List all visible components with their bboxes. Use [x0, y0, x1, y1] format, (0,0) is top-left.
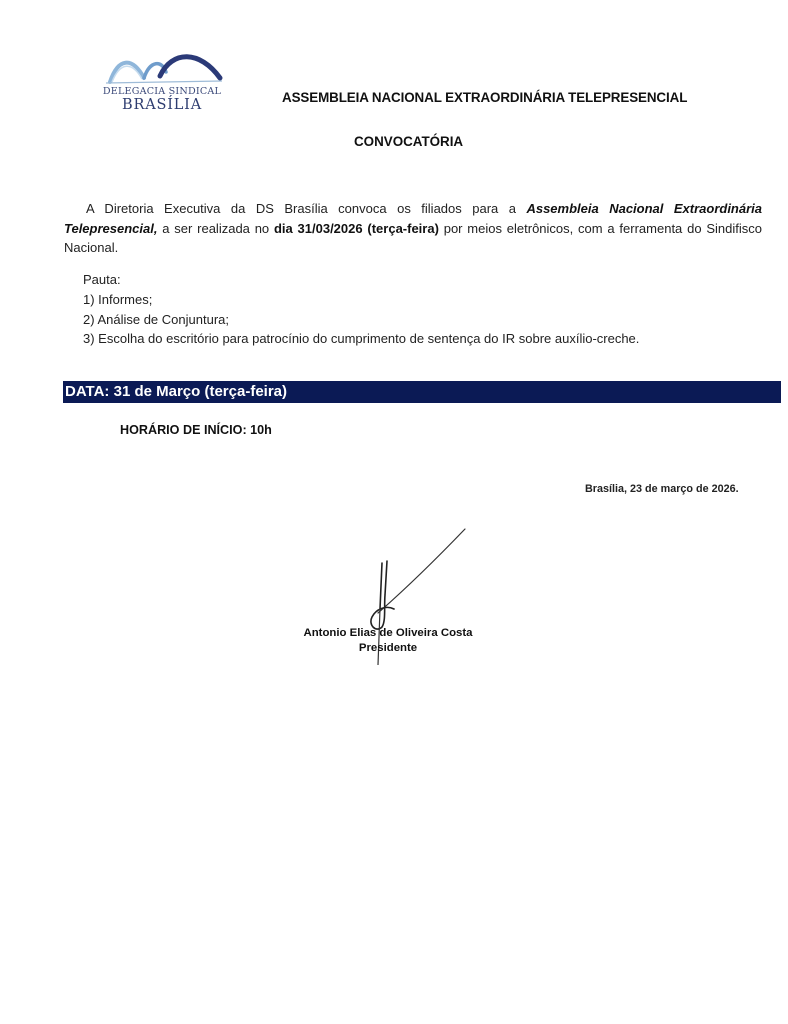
date-banner: DATA: 31 de Março (terça-feira) — [63, 381, 781, 403]
intro-text-2: a ser realizada no — [157, 221, 273, 236]
date-banner-text: DATA: 31 de Março (terça-feira) — [65, 383, 287, 400]
document-subtitle: CONVOCATÓRIA — [354, 134, 463, 149]
ds-brasilia-logo: DELEGACIA SINDICAL BRASÍLIA — [100, 52, 230, 122]
convocation-paragraph: A Diretoria Executiva da DS Brasília con… — [64, 199, 762, 258]
signer-role: Presidente — [296, 641, 480, 656]
arches-logo-icon — [104, 52, 224, 86]
agenda: Pauta: 1) Informes; 2) Análise de Conjun… — [64, 270, 639, 349]
place-and-date: Brasília, 23 de março de 2026. — [585, 483, 739, 495]
agenda-label: Pauta: — [64, 270, 639, 290]
document-title: ASSEMBLEIA NACIONAL EXTRAORDINÁRIA TELEP… — [282, 90, 687, 105]
start-time: HORÁRIO DE INÍCIO: 10h — [120, 423, 272, 437]
agenda-item: 1) Informes; — [64, 290, 639, 310]
signer-name: Antonio Elias de Oliveira Costa — [296, 626, 480, 641]
agenda-item: 3) Escolha do escritório para patrocínio… — [64, 329, 639, 349]
signer-block: Antonio Elias de Oliveira Costa Presiden… — [296, 626, 480, 656]
logo-text-brasilia: BRASÍLIA — [100, 97, 224, 113]
logo-text-delegacia: DELEGACIA SINDICAL — [100, 86, 224, 97]
document-page: DELEGACIA SINDICAL BRASÍLIA ASSEMBLEIA N… — [0, 0, 788, 1024]
agenda-item: 2) Análise de Conjuntura; — [64, 310, 639, 330]
intro-text-1: A Diretoria Executiva da DS Brasília con… — [86, 201, 526, 216]
event-date: dia 31/03/2026 (terça-feira) — [274, 221, 439, 236]
